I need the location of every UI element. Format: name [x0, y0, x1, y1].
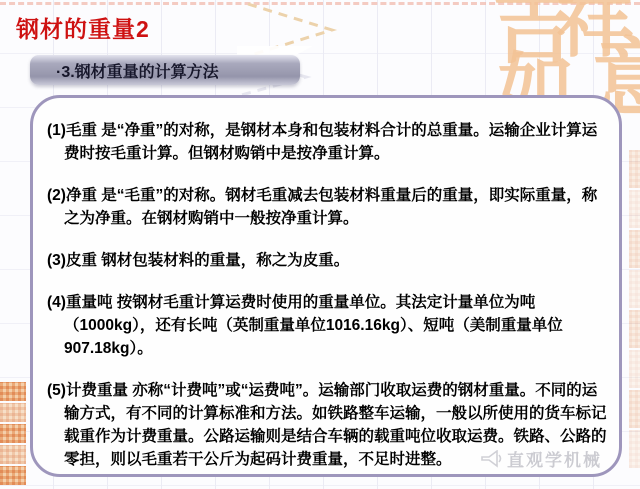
- ornament-stamp-strip-right: [629, 150, 640, 468]
- watermark-label: 直观学机械: [507, 446, 602, 471]
- content-box: (1)毛重 是“净重”的对称，是钢材本身和包装材料合计的总重量。运输企业计算运费…: [30, 95, 622, 477]
- subtitle-bar: ·3.钢材重量的计算方法: [30, 55, 300, 85]
- list-item-net-weight: (2)净重 是“毛重”的对称。钢材毛重减去包装材料重量后的重量，即实际重量，称之…: [47, 184, 611, 230]
- megaphone-icon: [481, 450, 503, 468]
- ornament-stamp-strip-left: [0, 382, 26, 485]
- list-item-tare-weight: (3)皮重 钢材包装材料的重量，称之为皮重。: [47, 249, 611, 272]
- list-item-gross-weight: (1)毛重 是“净重”的对称，是钢材本身和包装材料合计的总重量。运输企业计算运费…: [47, 119, 611, 165]
- watermark: 直观学机械: [481, 446, 602, 471]
- subtitle-text: ·3.钢材重量的计算方法: [30, 59, 219, 82]
- page-title: 钢材的重量2: [16, 11, 150, 44]
- slide: 吉 祥 如 意 钢材的重量2 ·3.钢材重量的计算方法 (1)毛重 是“净重”的…: [0, 0, 640, 489]
- list-item-weight-ton: (4)重量吨 按钢材毛重计算运费时使用的重量单位。其法定计量单位为吨（1000k…: [47, 291, 611, 360]
